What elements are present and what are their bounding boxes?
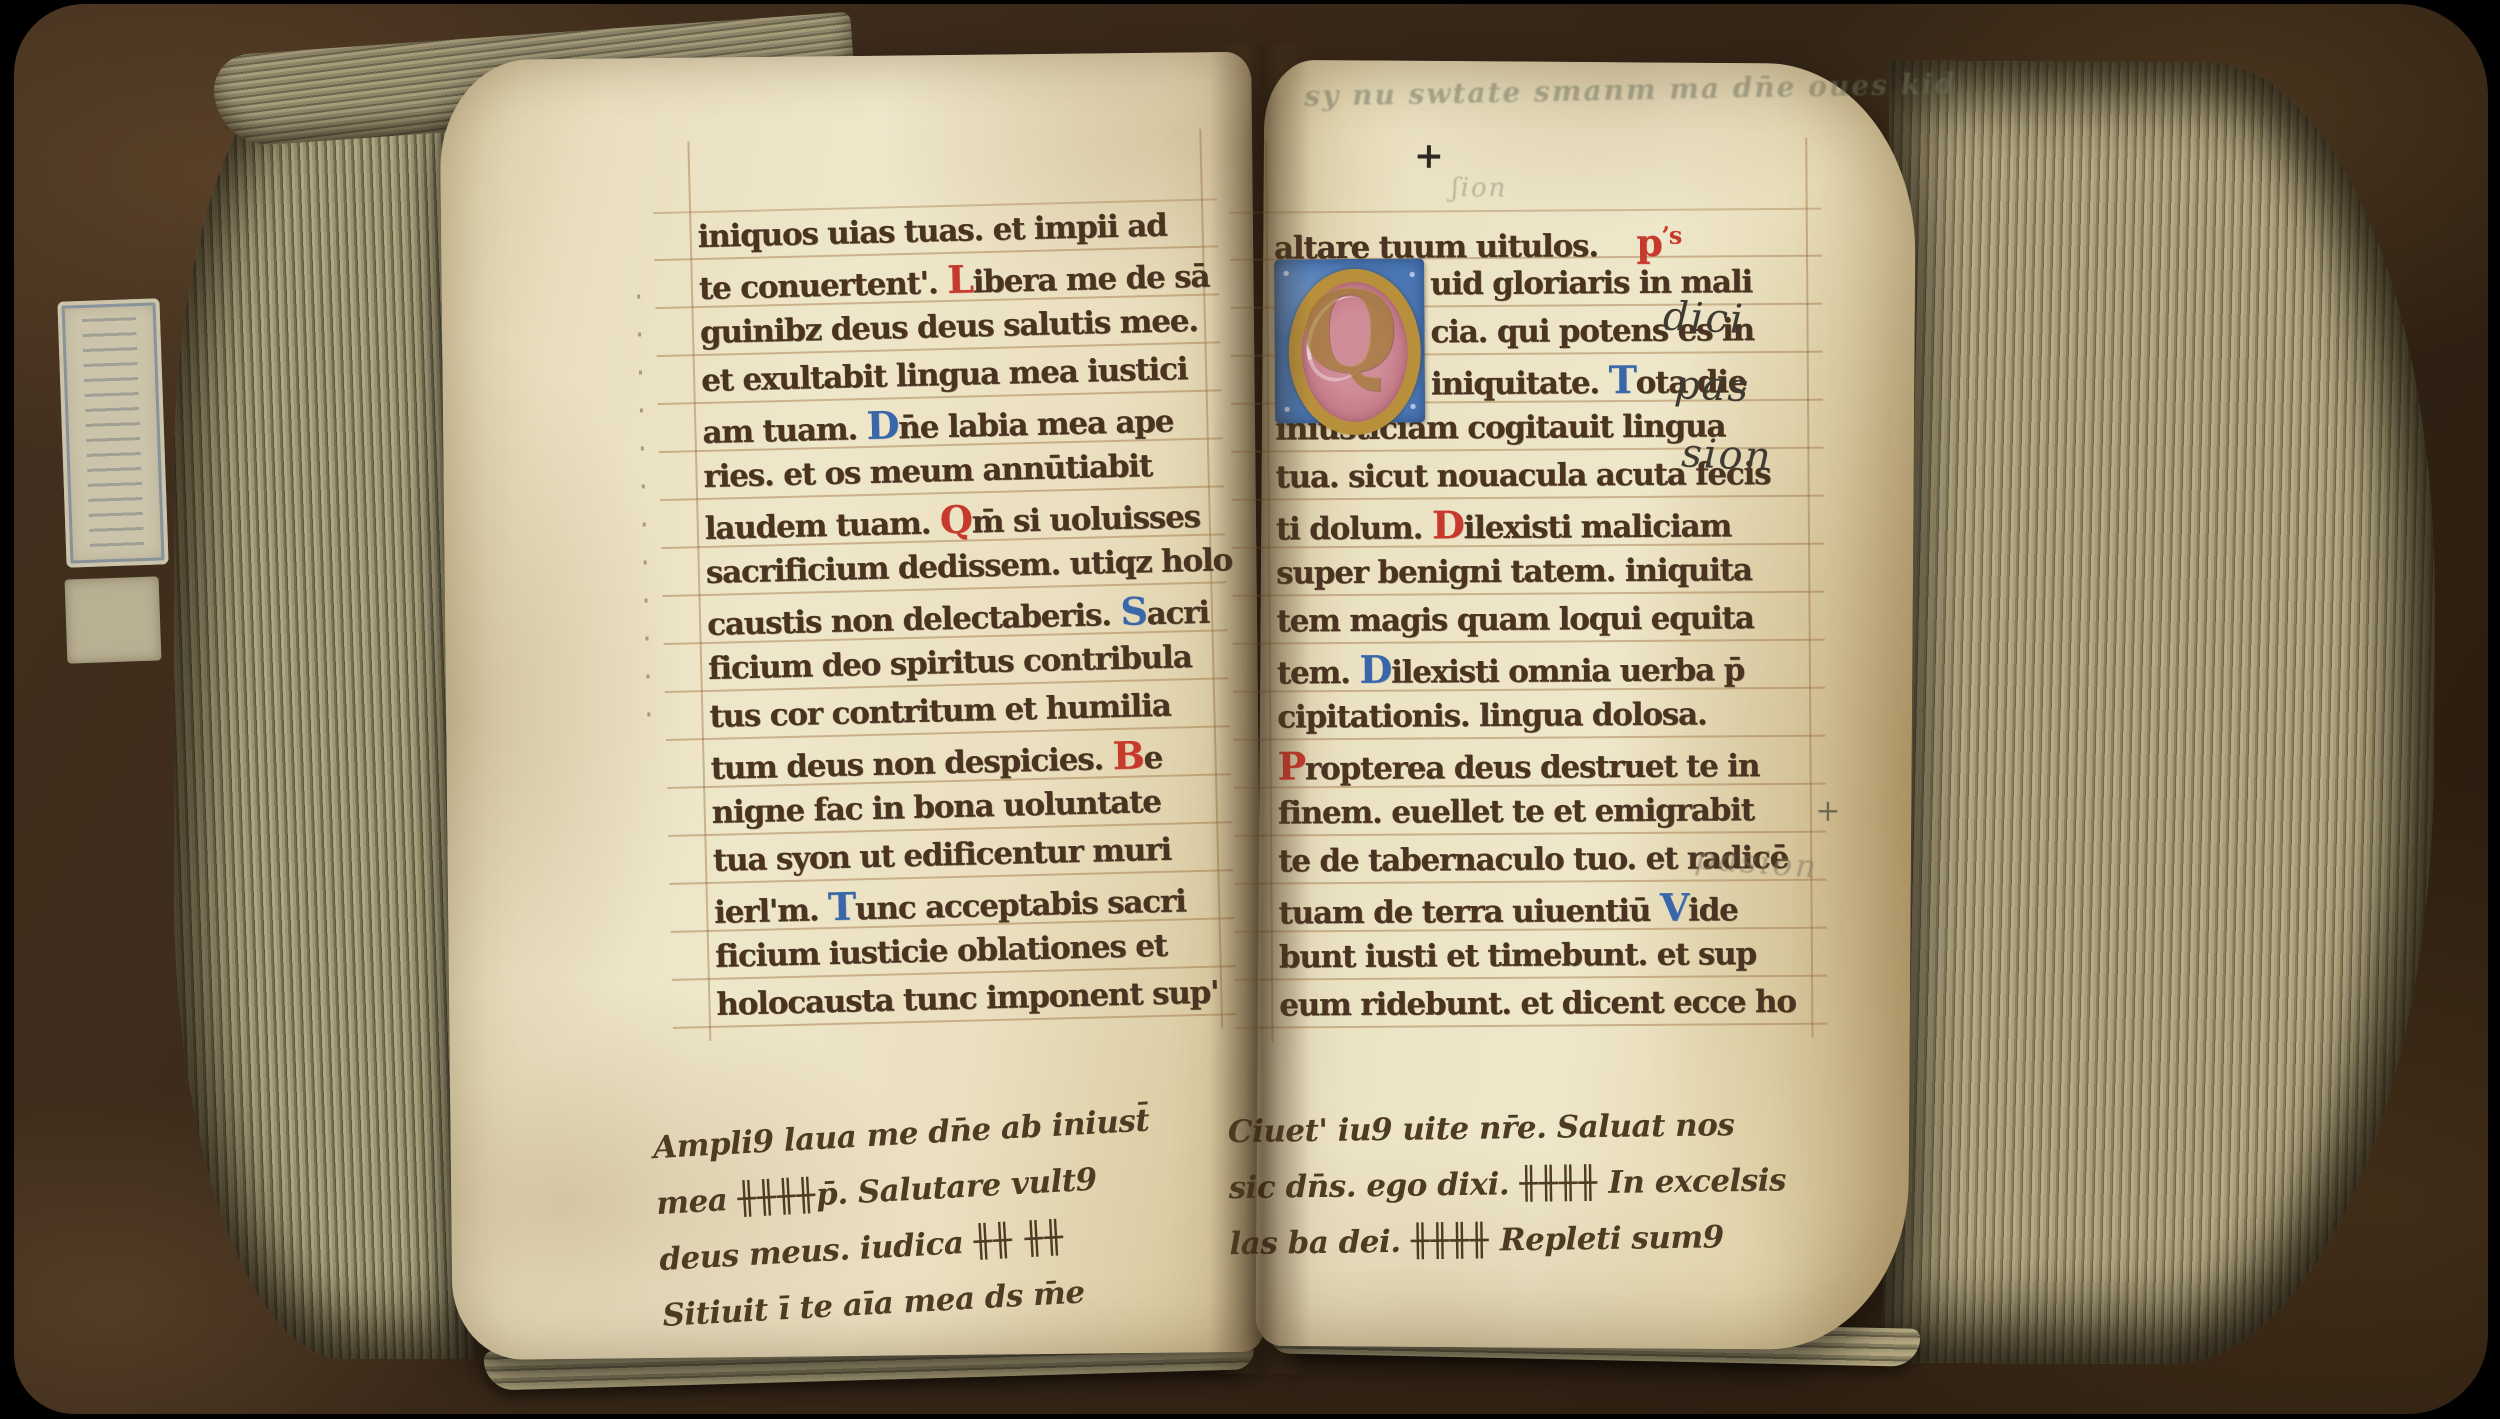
text-run: ╫╫╫╫ [1519,1165,1598,1202]
text-run: ierl'm. [714,892,829,931]
right-added-notes: Ciuet' iu9 uite nr̄e. Saluat nossic dn̄s… [1228,1095,1870,1272]
text-run: laudem tuam. [704,505,940,547]
text-run: cipitationis. lingua dolosa. [1277,696,1707,735]
left-added-notes: Ampli9 laua me dn̄e ab iniust̄mea ╫╫╫╫p̄… [652,1086,1284,1344]
offset-ink-ghost-text: sy nu swtate smanm ma dn̄e oues kid [1304,68,1895,112]
manuscript-line: Propterea deus destruet te in [1277,738,1799,790]
text-run: D [1359,647,1391,692]
text-run: tem. [1277,655,1360,692]
manuscript-line: ti dolum. Dilexisti maliciam [1276,498,1798,550]
manuscript-line: cipitationis. lingua dolosa. [1277,690,1799,742]
margin-note-word: dici [1662,283,1780,356]
text-run: ficium deo spiritus contribula [708,639,1192,687]
text-run: finem. euellet te et emigrabit [1278,792,1754,831]
initial-letter: Q [1274,276,1425,389]
manuscript-line: super benigni tatem. iniquita [1276,546,1798,598]
manuscript-line: bunt iusti et timebunt. et sup [1279,930,1801,982]
manuscript-line: altare tuum uitulos. p’s [1274,210,1796,262]
text-run: ide [1688,892,1738,928]
text-run: ries. et os meum annūtiabit [703,448,1152,495]
manuscript-line: sic dn̄s. ego dixi. ╫╫╫╫ In excelsis [1228,1151,1869,1216]
pricking-holes [637,295,651,725]
text-run: ti dolum. [1276,510,1432,547]
margin-note-word: sion [1680,419,1774,491]
text-run: acri [1146,595,1209,633]
text-run: unc acceptabis sacri [855,883,1186,927]
text-run: ’s [1662,221,1682,250]
text-run: ╫╫ ╫╫ [973,1219,1065,1260]
text-run: et exultabit lingua mea iustici [701,351,1188,399]
manuscript-line: finem. euellet te et emigrabit [1278,786,1800,838]
text-run: bunt iusti et timebunt. et sup [1279,936,1756,975]
page-edge-stack-right [1883,61,2438,1366]
text-run: D [1432,502,1464,547]
text-run: p̄. Salutare vult9 [815,1162,1098,1214]
text-run: L [947,256,974,302]
text-run: S [1120,588,1147,634]
margin-note-word: pas [1673,351,1777,423]
text-run: Ciuet' iu9 uite nr̄e. Saluat nos [1228,1107,1735,1150]
text-run: e [1143,740,1162,776]
text-run: iniquos uias tuas. et impii ad [697,208,1167,255]
manuscript-line: las ba dei. ╫╫╫╫ Repleti sum9 [1229,1207,1870,1272]
page-edge-stack-left [174,54,474,1359]
text-run: super benigni tatem. iniquita [1276,552,1752,591]
text-run: In excelsis [1598,1162,1786,1201]
text-run: tem magis quam loqui equita [1276,600,1753,639]
spine-label [57,298,168,567]
text-run: te conuertent'. [699,265,948,307]
manuscript-line: tuam de terra uiuentiū Vide [1278,882,1800,934]
text-run: ╫╫╫╫ [737,1177,818,1217]
text-run: ╫╫╫╫ [1411,1223,1490,1260]
margin-annotation-column: dicipassion [1656,283,1780,492]
text-run: T [1608,357,1635,402]
text-run: ibera me de sā [972,259,1209,301]
text-run: n̄e labia mea ape [898,404,1174,447]
text-run: las ba dei. [1229,1224,1411,1263]
text-run: P [1277,743,1305,788]
text-run: sacrificium dedissem. utiqz holo [705,542,1232,591]
photo-stage: iniquos uias tuas. et impii adte conuert… [0,0,2500,1419]
text-run: ilexisti maliciam [1464,508,1732,546]
text-run: ilexisti omnia uerba p̄ [1391,652,1744,690]
margin-cross-icon: + [1815,794,1840,829]
text-run: holocausta tunc imponent sup' [716,975,1219,1023]
text-run: tuam de terra uiuentiū [1278,893,1660,932]
text-run: Repleti sum9 [1489,1219,1724,1258]
text-run: D [866,402,899,448]
text-run: ficium iusticie oblationes et [715,928,1167,975]
text-run: V [1660,885,1689,930]
text-run: ropterea deus destruet te in [1305,748,1760,787]
manuscript-book: iniquos uias tuas. et impii adte conuert… [14,4,2488,1414]
right-page: sy nu swtate smanm ma dn̄e oues kid ʃion… [1256,60,1917,1351]
manuscript-line: eum ridebunt. et dicent ecce ho [1279,978,1801,1030]
text-run: eum ridebunt. et dicent ecce ho [1279,984,1796,1024]
cross-mark-icon: + [1414,135,1444,177]
spine-label-fragment [65,576,162,663]
text-run: deus meus. iudica [658,1225,974,1279]
text-run: m̄ si uoluisses [971,499,1200,541]
text-run: B [1112,732,1144,778]
manuscript-line: Ciuet' iu9 uite nr̄e. Saluat nos [1228,1095,1869,1160]
text-run: iniquitate. [1431,365,1609,402]
text-run: sic dn̄s. ego dixi. [1228,1166,1519,1206]
text-run: tus cor contritum et humilia [709,688,1171,735]
manuscript-line: tem. Dilexisti omnia uerba p̄ [1277,642,1799,694]
text-run: am tuam. [702,411,867,451]
text-run: tua syon ut edificentur muri [713,832,1172,879]
text-run: T [827,883,855,929]
left-manuscript-lines: iniquos uias tuas. et impii adte conuert… [697,201,1211,1029]
left-text-block: iniquos uias tuas. et impii adte conuert… [697,201,1211,1033]
text-run: mea [655,1182,738,1222]
offset-ink-ghost-fragment: ʃion [1452,173,1508,203]
text-run: Q [939,496,972,542]
text-run: nigne fac in bona uoluntate [711,784,1161,831]
text-run: guinibz deus deus salutis mee. [700,303,1199,351]
left-page: iniquos uias tuas. et impii adte conuert… [439,52,1265,1360]
illuminated-initial-q: Q [1274,258,1425,423]
manuscript-line: tem magis quam loqui equita [1276,594,1798,646]
